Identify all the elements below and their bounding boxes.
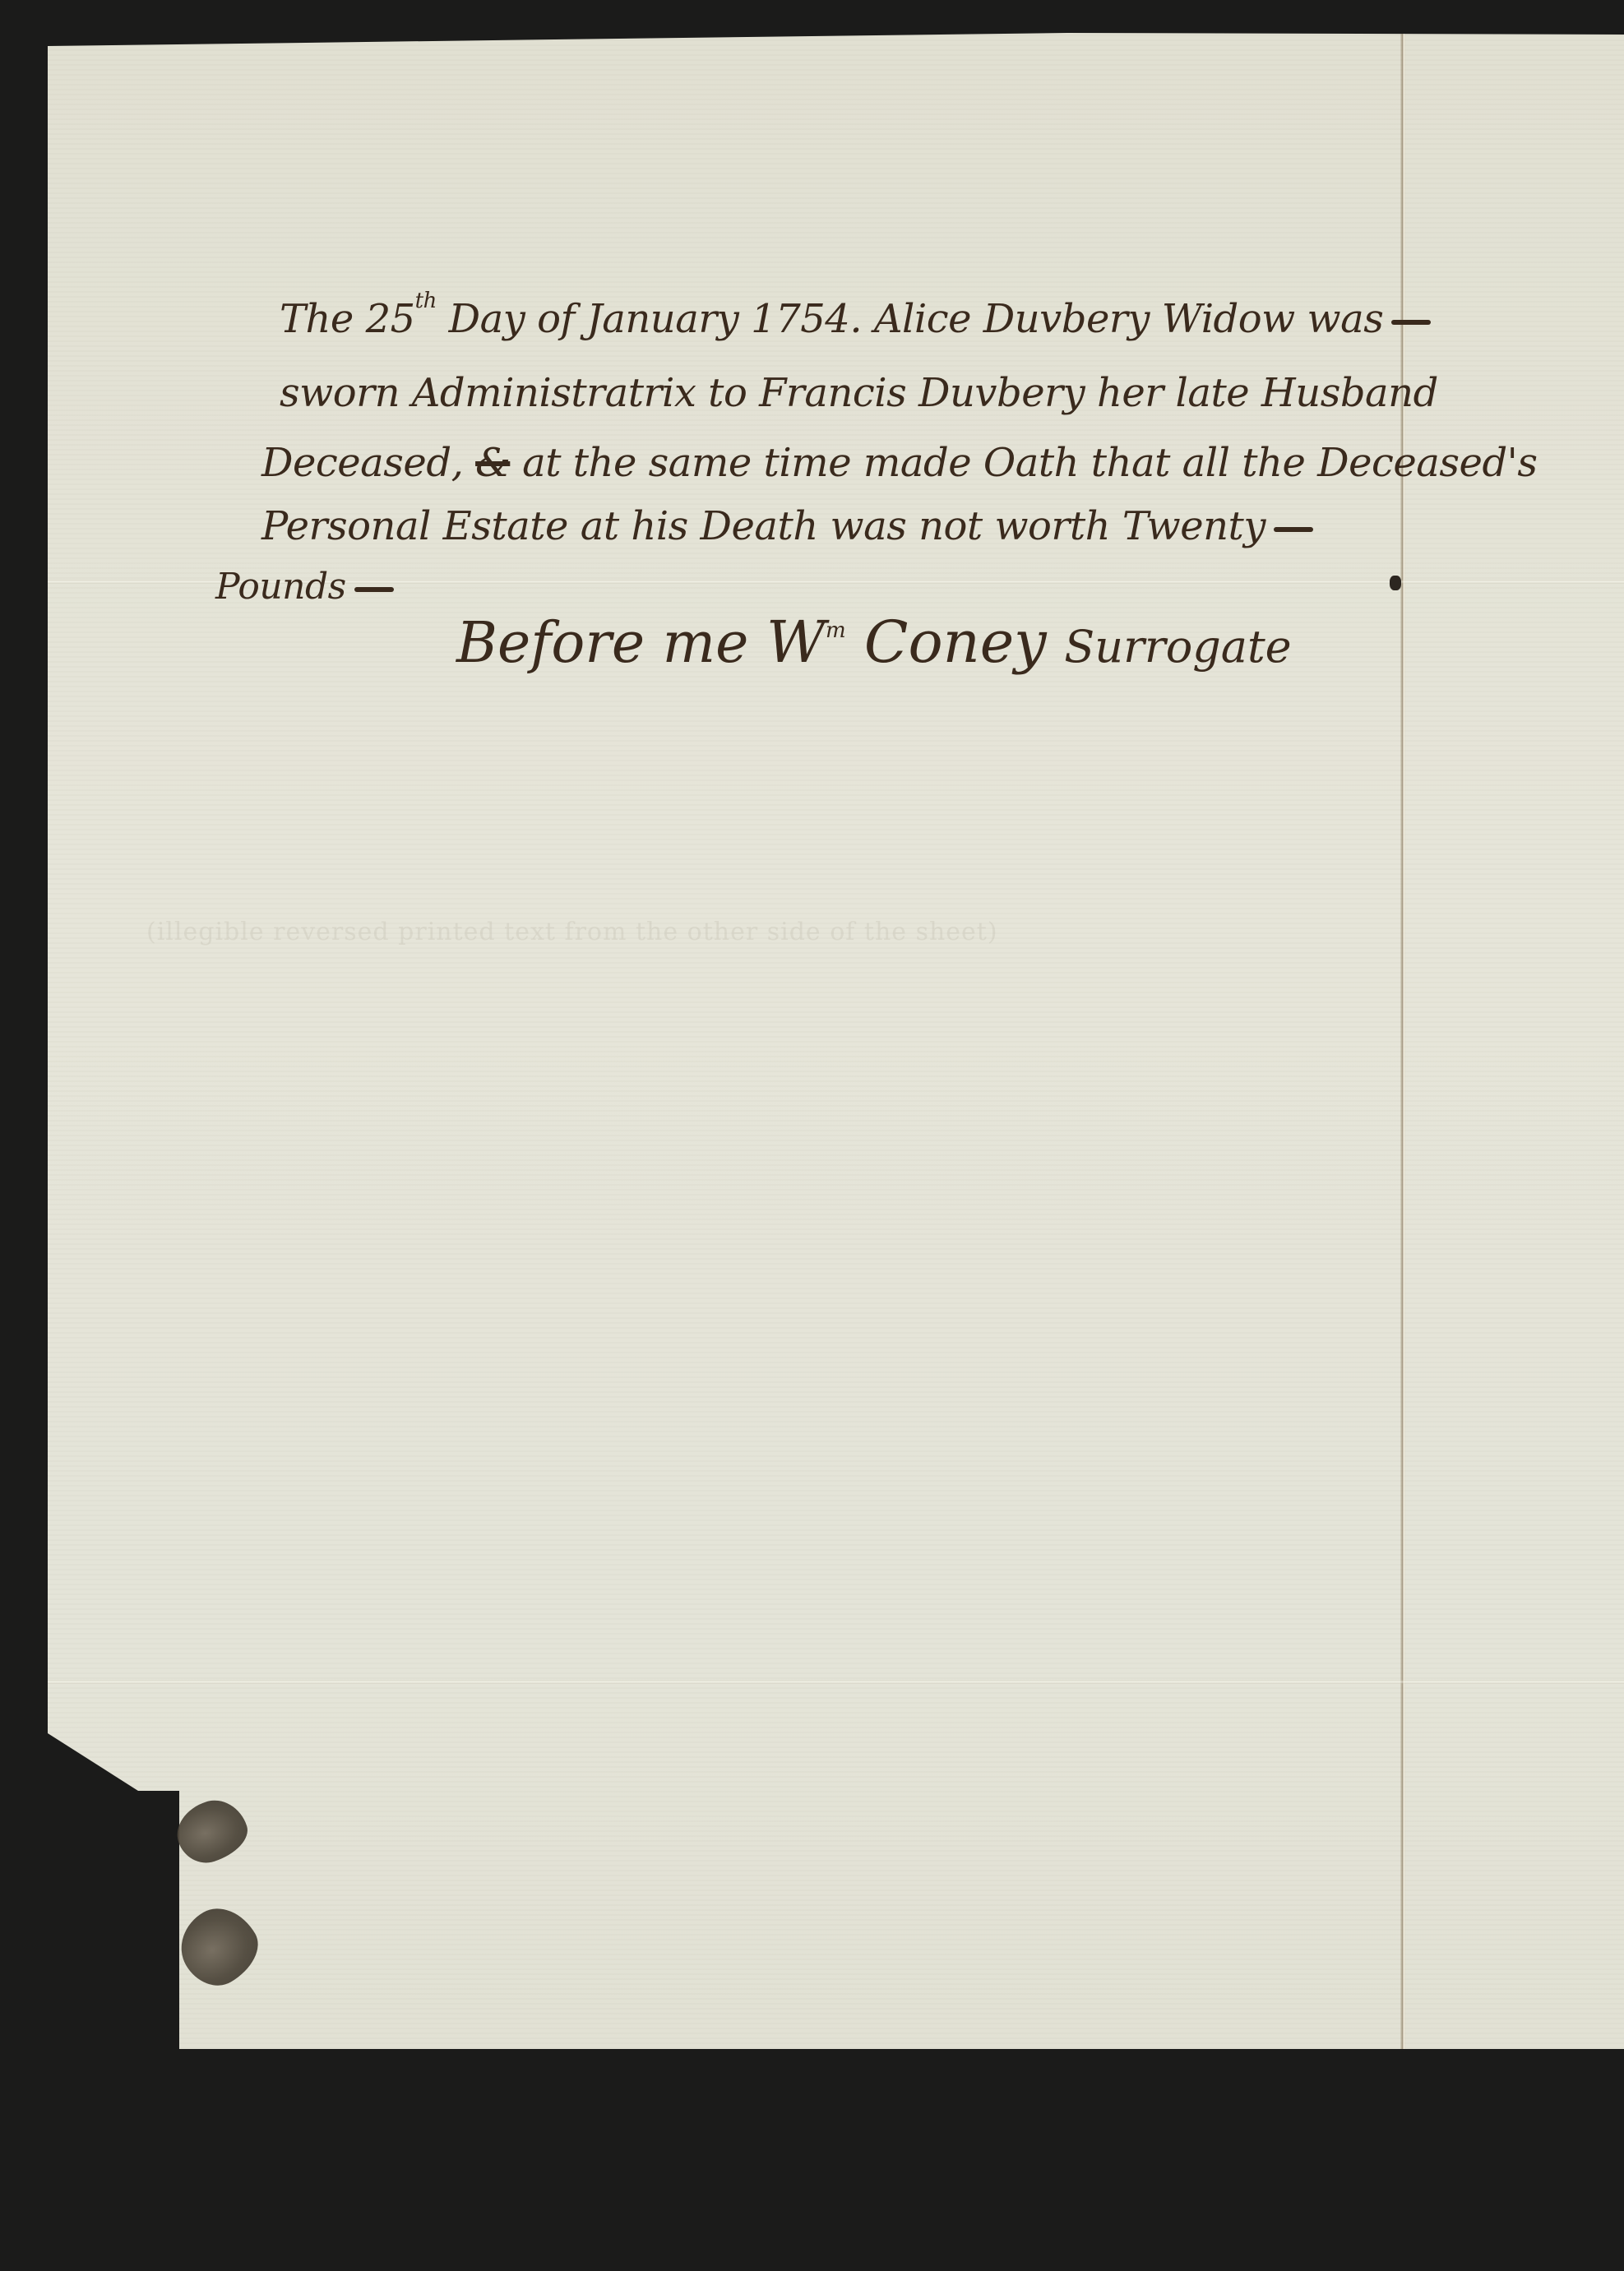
handwritten-line-4: Personal Estate at his Death was not wor… [261,503,1313,549]
attestation-prefix: Before me [456,611,748,676]
signer-name: Wm Coney [766,608,1047,676]
signer-title: Surrogate [1064,621,1291,673]
horizontal-fold-crease [48,1680,1624,1684]
attestation-signature: Before me Wm Coney Surrogate [456,608,1292,676]
line-text: Personal Estate at his Death was not wor… [261,503,1265,549]
line-text: Day of January 1754. Alice Duvbery Widow… [437,296,1383,342]
line-text: at the same time made Oath that all the … [510,440,1537,486]
struck-through-text: & [475,440,510,486]
handwritten-line-2: sworn Administratrix to Francis Duvbery … [280,370,1438,416]
date-prefix: The 25 [280,296,415,342]
ink-mark [1390,576,1401,590]
line-text: sworn Administratrix to Francis Duvbery … [280,370,1438,416]
signer-initial: W [766,608,826,676]
handwritten-line-5: Pounds [215,566,394,608]
ordinal-superscript: th [415,289,437,313]
signer-superscript: m [826,618,846,643]
line-filler-dash [1274,527,1313,532]
line-filler-dash [1391,320,1431,325]
line-text: Deceased, [261,440,475,486]
line-filler-dash [354,587,394,592]
handwritten-line-1: The 25th Day of January 1754. Alice Duvb… [280,296,1431,342]
line-text: Pounds [215,566,346,608]
handwritten-line-3: Deceased, & at the same time made Oath t… [261,440,1538,486]
signer-surname: Coney [864,608,1047,676]
